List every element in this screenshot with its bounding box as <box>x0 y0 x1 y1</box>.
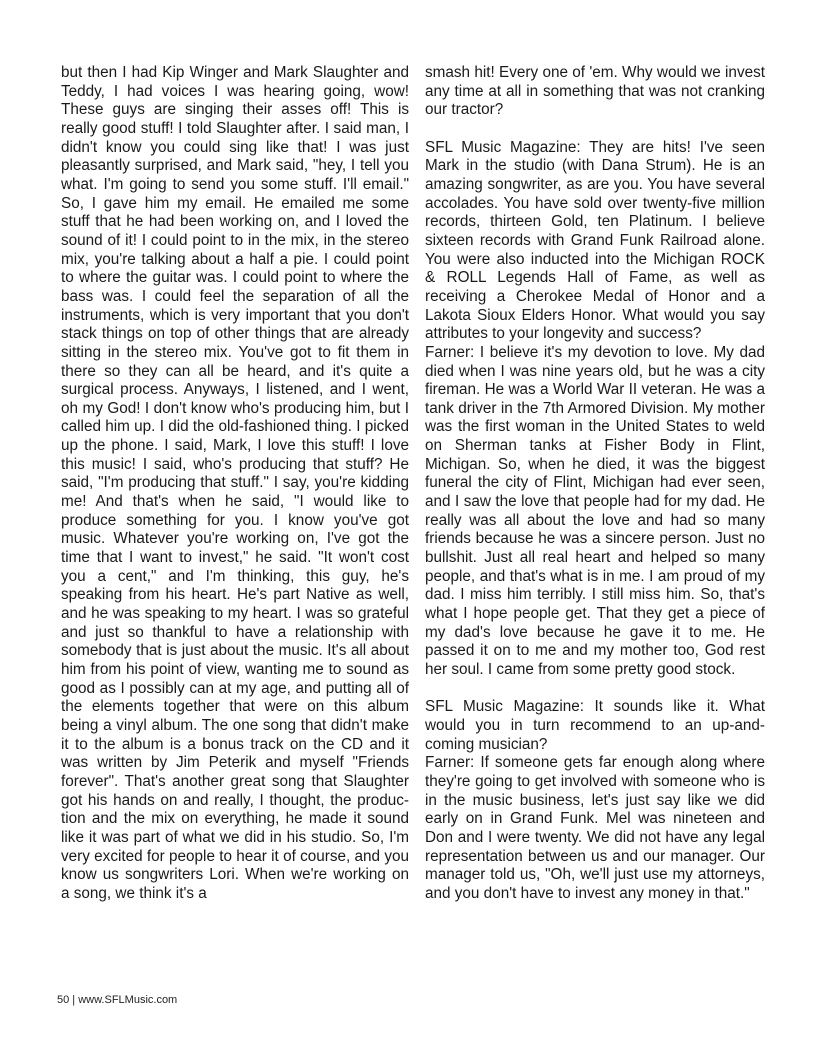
interview-paragraph: but then I had Kip Winger and Mark Slaug… <box>61 64 409 904</box>
magazine-page: but then I had Kip Winger and Mark Slaug… <box>0 0 816 1056</box>
right-text-column: smash hit! Every one of 'em. Why would w… <box>425 64 765 904</box>
interviewee-answer: Farner: If someone gets far enough along… <box>425 754 765 903</box>
interviewer-question: SFL Music Magazine: It sounds like it. W… <box>425 698 765 754</box>
left-text-column: but then I had Kip Winger and Mark Slaug… <box>61 64 409 904</box>
interview-paragraph: smash hit! Every one of 'em. Why would w… <box>425 64 765 120</box>
interviewee-answer: Farner: I believe it's my devotion to lo… <box>425 344 765 680</box>
interviewer-question: SFL Music Magazine: They are hits! I've … <box>425 139 765 344</box>
page-footer: 50 | www.SFLMusic.com <box>57 994 177 1006</box>
